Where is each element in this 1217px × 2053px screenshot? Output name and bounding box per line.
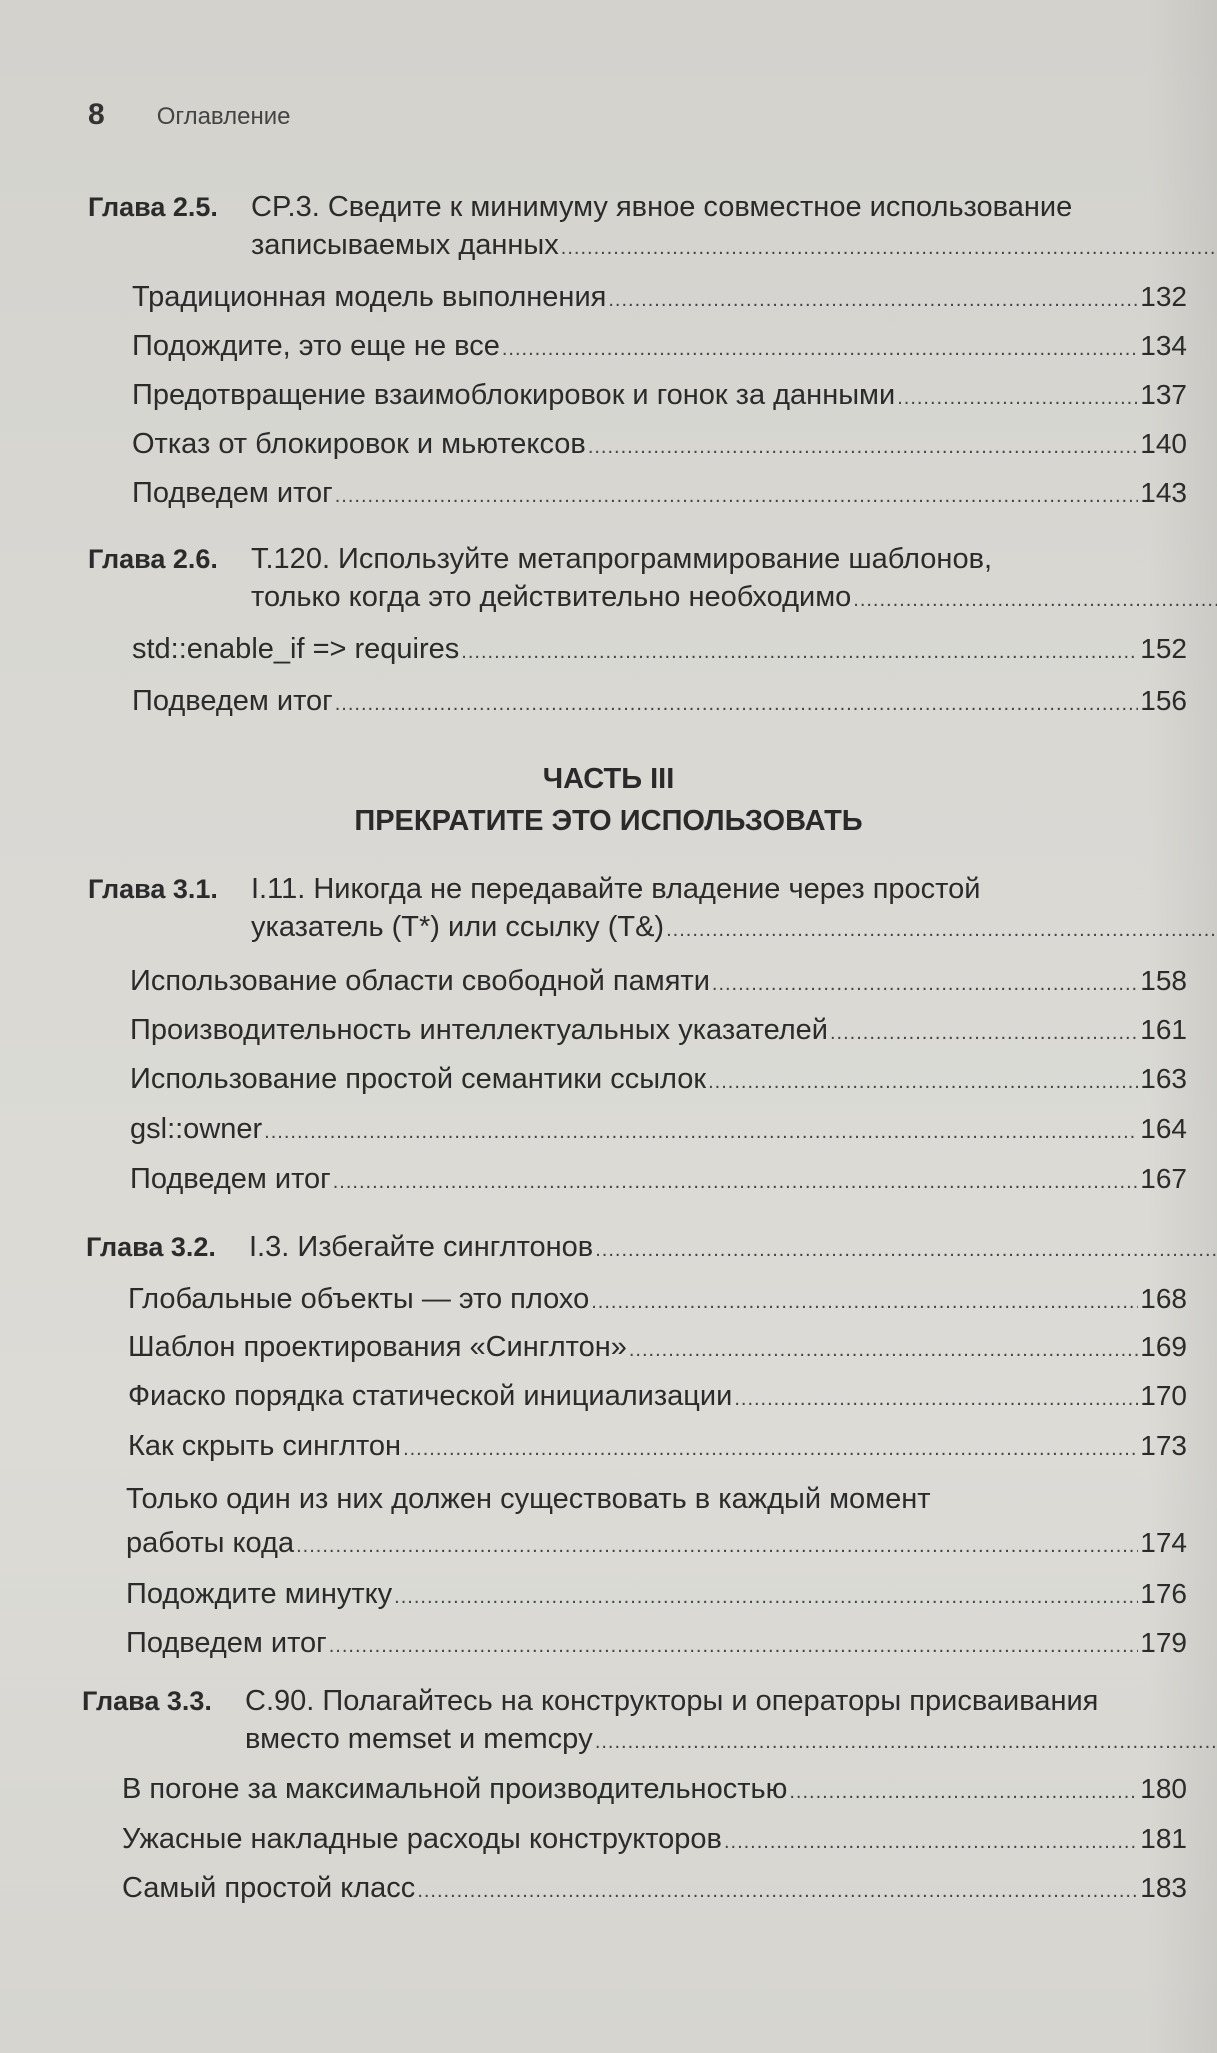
toc-section[interactable]: Традиционная модель выполнения132: [132, 278, 1187, 319]
dot-leader: [608, 281, 1138, 319]
dot-leader: [595, 1231, 1217, 1269]
toc-section[interactable]: Отказ от блокировок и мьютексов140: [132, 425, 1187, 466]
chapter-label: Глава 3.2.: [86, 1228, 249, 1266]
toc-section[interactable]: Глобальные объекты — это плохо168: [128, 1280, 1187, 1321]
chapter-title-line1: I.3. Избегайте синглтонов: [249, 1228, 593, 1266]
section-title: Фиаско порядка статической инициализации: [128, 1377, 732, 1415]
part-title: ПРЕКРАТИТЕ ЭТО ИСПОЛЬЗОВАТЬ: [0, 800, 1217, 842]
toc-chapter-2-5[interactable]: Глава 2.5. CP.3. Сведите к минимуму явно…: [88, 188, 1187, 267]
section-title: Глобальные объекты — это плохо: [128, 1280, 589, 1318]
page-ref: 164: [1140, 1110, 1187, 1148]
chapter-title-line1: CP.3. Сведите к минимуму явное совместно…: [251, 188, 1217, 226]
dot-leader: [394, 1578, 1138, 1616]
toc-section[interactable]: std::enable_if => requires152: [132, 630, 1187, 671]
section-title: работы кода: [126, 1524, 294, 1562]
toc-section[interactable]: gsl::owner164: [130, 1110, 1187, 1151]
chapter-label: Глава 3.1.: [88, 870, 251, 908]
chapter-title-line2: указатель (T*) или ссылку (T&): [251, 908, 664, 946]
chapter-label: Глава 2.6.: [88, 540, 251, 578]
page-number: 8: [88, 98, 105, 132]
page-ref: 176: [1140, 1575, 1187, 1613]
page-ref: 173: [1140, 1427, 1187, 1465]
dot-leader: [329, 1627, 1139, 1665]
toc-section[interactable]: Подведем итог143: [132, 474, 1187, 515]
toc-chapter-3-2[interactable]: Глава 3.2. I.3. Избегайте синглтонов 168: [86, 1228, 1187, 1269]
section-title: Отказ от блокировок и мьютексов: [132, 425, 586, 463]
toc-chapter-3-3[interactable]: Глава 3.3. C.90. Полагайтесь на конструк…: [82, 1682, 1187, 1761]
toc-section[interactable]: Подождите, это еще не все134: [132, 327, 1187, 368]
page-ref: 174: [1140, 1524, 1187, 1562]
dot-leader: [588, 428, 1138, 466]
section-title: Подведем итог: [132, 682, 333, 720]
toc-section[interactable]: Подведем итог156: [132, 682, 1187, 723]
section-title: Ужасные накладные расходы конструкторов: [122, 1820, 722, 1858]
page-ref: 152: [1140, 630, 1187, 668]
section-title: std::enable_if => requires: [132, 630, 459, 668]
toc-section[interactable]: Производительность интеллектуальных указ…: [130, 1011, 1187, 1052]
chapter-title-line2: записываемых данных: [251, 226, 559, 264]
dot-leader: [461, 633, 1138, 671]
dot-leader: [264, 1113, 1138, 1151]
toc-section[interactable]: Использование простой семантики ссылок16…: [130, 1060, 1187, 1101]
chapter-label: Глава 3.3.: [82, 1682, 245, 1720]
page-ref: 134: [1140, 327, 1187, 365]
toc-section[interactable]: Самый простой класс183: [122, 1869, 1187, 1910]
dot-leader: [403, 1430, 1138, 1468]
section-title: Подведем итог: [130, 1160, 331, 1198]
part-number: ЧАСТЬ III: [0, 758, 1217, 800]
page-ref: 168: [1140, 1280, 1187, 1318]
page-ref: 156: [1140, 682, 1187, 720]
dot-leader: [595, 1723, 1217, 1761]
page-ref: 183: [1140, 1869, 1187, 1907]
page-ref: 143: [1140, 474, 1187, 512]
section-title: Самый простой класс: [122, 1869, 415, 1907]
toc-section[interactable]: Использование области свободной памяти15…: [130, 962, 1187, 1003]
chapter-label: Глава 2.5.: [88, 188, 251, 226]
section-title: Подождите, это еще не все: [132, 327, 500, 365]
page-ref: 181: [1140, 1820, 1187, 1858]
dot-leader: [335, 477, 1139, 515]
page-ref: 132: [1140, 278, 1187, 316]
page-ref: 137: [1140, 376, 1187, 414]
section-title: Традиционная модель выполнения: [132, 278, 606, 316]
toc-section[interactable]: Подведем итог167: [130, 1160, 1187, 1201]
dot-leader: [734, 1380, 1138, 1418]
section-title: Использование простой семантики ссылок: [130, 1060, 706, 1098]
dot-leader: [335, 685, 1139, 723]
section-title-line1: Только один из них должен существовать в…: [126, 1480, 1187, 1518]
dot-leader: [724, 1823, 1138, 1861]
toc-section[interactable]: В погоне за максимальной производительно…: [122, 1770, 1187, 1811]
chapter-title-line1: I.11. Никогда не передавайте владение че…: [251, 870, 1217, 908]
dot-leader: [296, 1527, 1138, 1565]
section-title: Производительность интеллектуальных указ…: [130, 1011, 828, 1049]
section-title: Предотвращение взаимоблокировок и гонок …: [132, 376, 895, 414]
dot-leader: [708, 1063, 1138, 1101]
dot-leader: [789, 1773, 1138, 1811]
chapter-title-line2: вместо memset и memcpy: [245, 1720, 593, 1758]
toc-chapter-2-6[interactable]: Глава 2.6. T.120. Используйте метапрогра…: [88, 540, 1187, 619]
toc-section[interactable]: Подведем итог179: [126, 1624, 1187, 1665]
dot-leader: [712, 965, 1138, 1003]
toc-chapter-3-1[interactable]: Глава 3.1. I.11. Никогда не передавайте …: [88, 870, 1187, 949]
page-ref: 180: [1140, 1770, 1187, 1808]
running-head: 8 Оглавление: [88, 98, 291, 132]
toc-section[interactable]: Предотвращение взаимоблокировок и гонок …: [132, 376, 1187, 417]
section-title: Подведем итог: [126, 1624, 327, 1662]
page-ref: 179: [1140, 1624, 1187, 1662]
dot-leader: [666, 911, 1217, 949]
section-title: Подведем итог: [132, 474, 333, 512]
page-ref: 167: [1140, 1160, 1187, 1198]
toc-section[interactable]: Фиаско порядка статической инициализации…: [128, 1377, 1187, 1418]
toc-section[interactable]: Шаблон проектирования «Синглтон»169: [128, 1328, 1187, 1369]
toc-section[interactable]: Как скрыть синглтон173: [128, 1427, 1187, 1468]
dot-leader: [561, 229, 1217, 267]
toc-section[interactable]: Только один из них должен существовать в…: [126, 1480, 1187, 1565]
section-title: В погоне за максимальной производительно…: [122, 1770, 787, 1808]
dot-leader: [853, 581, 1217, 619]
page-ref: 163: [1140, 1060, 1187, 1098]
section-title: Подождите минутку: [126, 1575, 392, 1613]
dot-leader: [591, 1283, 1138, 1321]
toc-section[interactable]: Подождите минутку176: [126, 1575, 1187, 1616]
section-title: Шаблон проектирования «Синглтон»: [128, 1328, 627, 1366]
page-ref: 170: [1140, 1377, 1187, 1415]
dot-leader: [897, 379, 1138, 417]
section-title: Как скрыть синглтон: [128, 1427, 401, 1465]
dot-leader: [417, 1872, 1138, 1910]
chapter-title-line1: C.90. Полагайтесь на конструкторы и опер…: [245, 1682, 1217, 1720]
toc-section[interactable]: Ужасные накладные расходы конструкторов1…: [122, 1820, 1187, 1861]
dot-leader: [830, 1014, 1138, 1052]
page-ref: 161: [1140, 1011, 1187, 1049]
dot-leader: [502, 330, 1138, 368]
dot-leader: [629, 1331, 1138, 1369]
page-ref: 158: [1140, 962, 1187, 1000]
running-title: Оглавление: [157, 103, 291, 131]
section-title: Использование области свободной памяти: [130, 962, 710, 1000]
chapter-title-line1: T.120. Используйте метапрограммирование …: [251, 540, 1217, 578]
dot-leader: [333, 1163, 1139, 1201]
book-page: 8 Оглавление Глава 2.5. CP.3. Сведите к …: [0, 0, 1217, 2053]
section-title: gsl::owner: [130, 1110, 262, 1148]
page-ref: 140: [1140, 425, 1187, 463]
page-ref: 169: [1140, 1328, 1187, 1366]
chapter-title-line2: только когда это действительно необходим…: [251, 578, 851, 616]
